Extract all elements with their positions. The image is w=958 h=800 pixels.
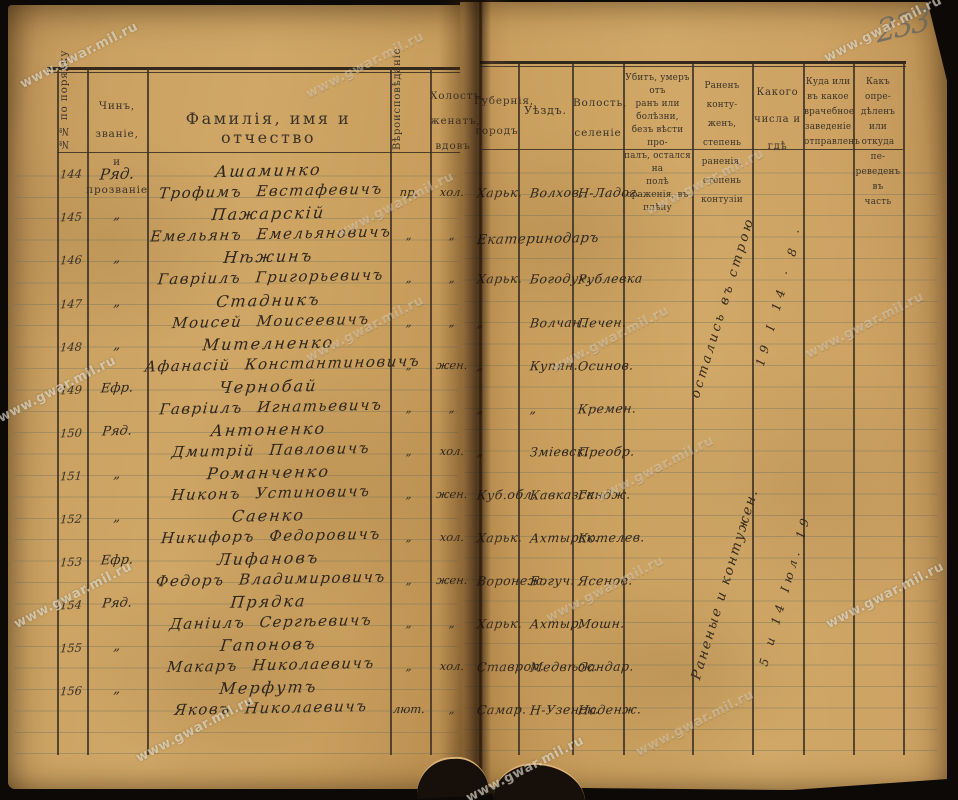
volost-entry: Гандж. bbox=[577, 487, 632, 503]
rank-entry: „ bbox=[89, 681, 145, 698]
volost-entry: Ясенов. bbox=[577, 573, 634, 589]
row-number: 146 bbox=[55, 252, 86, 267]
gubernia-entry: Харьк. bbox=[476, 271, 523, 287]
marital-entry: жен. bbox=[429, 358, 474, 372]
table-vline bbox=[752, 63, 754, 755]
volost-entry: Кремен. bbox=[577, 400, 637, 416]
row-number: 155 bbox=[55, 640, 86, 655]
volost-entry: Рублевка bbox=[577, 270, 644, 286]
religion-entry: лют. bbox=[390, 702, 427, 716]
gubernia-entry: Самар. bbox=[476, 702, 527, 718]
religion-entry: „ bbox=[390, 315, 427, 329]
rank-entry: „ bbox=[89, 638, 145, 655]
rank-entry: Ряд. bbox=[89, 595, 145, 612]
row-number: 147 bbox=[55, 296, 86, 311]
rank-entry: Ефр. bbox=[89, 380, 145, 397]
row-number: 150 bbox=[55, 425, 86, 440]
column-header-date: Какого числа и гдѣ bbox=[753, 79, 802, 160]
marital-entry: хол. bbox=[429, 185, 474, 199]
column-header-number: №№ по порядку bbox=[58, 72, 86, 150]
marital-entry: жен. bbox=[429, 573, 474, 587]
scanned-register-spread: { "meta": { "description": "Scanned spre… bbox=[0, 0, 958, 800]
marital-entry: хол. bbox=[429, 659, 474, 673]
volost-entry: Котелев. bbox=[577, 529, 646, 545]
row-number: 151 bbox=[55, 468, 86, 483]
religion-entry: „ bbox=[390, 401, 427, 415]
column-header-assigned: Какъ опре- дѣленъ или откуда пе- реведен… bbox=[854, 75, 902, 210]
rank-entry: „ bbox=[89, 294, 145, 311]
uezd-entry: Богуч. bbox=[529, 573, 576, 589]
volost-entry: Наденж. bbox=[577, 701, 642, 717]
gubernia-entry: Харьк. bbox=[476, 616, 523, 632]
uezd-entry: Ахтыр. bbox=[529, 616, 584, 632]
column-header-name: Фамилія, имя и отчество bbox=[147, 109, 390, 147]
rank-entry: Ефр. bbox=[89, 552, 145, 569]
row-number: 153 bbox=[55, 554, 86, 569]
marital-entry: хол. bbox=[429, 444, 474, 458]
row-number: 149 bbox=[55, 382, 86, 397]
column-header-rank: Чинъ, званіе, и прозваніе bbox=[86, 92, 148, 204]
rank-entry: „ bbox=[89, 509, 145, 526]
rank-entry: Ряд. bbox=[89, 423, 145, 440]
table-vline bbox=[803, 63, 805, 755]
marital-entry: „ bbox=[429, 315, 474, 329]
gubernia-entry: Харьк. bbox=[476, 530, 523, 546]
religion-entry: „ bbox=[390, 573, 427, 587]
column-header-volost: Волость, селеніе bbox=[573, 88, 623, 148]
religion-entry: „ bbox=[390, 530, 427, 544]
row-number: 144 bbox=[55, 166, 86, 181]
table-vline bbox=[572, 63, 574, 755]
row-number: 152 bbox=[55, 511, 86, 526]
marital-entry: „ bbox=[429, 616, 474, 630]
column-header-marital: Холостъ, женатъ, вдовъ bbox=[430, 84, 476, 159]
marital-entry: „ bbox=[429, 401, 474, 415]
table-vline bbox=[903, 63, 905, 755]
gubernia-entry: Куб.обл. bbox=[476, 486, 537, 502]
rank-entry: „ bbox=[89, 207, 145, 224]
gubernia-entry: Екатеринодаръ bbox=[476, 230, 600, 248]
volost-entry: Сандар. bbox=[577, 659, 635, 675]
uezd-entry: Купян. bbox=[529, 358, 579, 374]
marital-entry: „ bbox=[429, 702, 474, 716]
religion-entry: „ bbox=[390, 271, 427, 285]
volost-entry: Осинов. bbox=[577, 358, 635, 374]
column-header-religion: Вѣроисповѣданіе bbox=[392, 72, 428, 150]
volost-entry: Н-Ладог. bbox=[577, 184, 641, 200]
gubernia-entry: Харьк. bbox=[476, 185, 523, 201]
row-number: 145 bbox=[55, 209, 86, 224]
marital-entry: „ bbox=[429, 271, 474, 285]
volost-entry: Мошн. bbox=[577, 616, 626, 632]
column-header-wounded: Раненъ конту- женъ, степень раненія, сте… bbox=[693, 77, 751, 210]
rank-entry: „ bbox=[89, 250, 145, 267]
marital-entry: жен. bbox=[429, 487, 474, 501]
religion-entry: „ bbox=[390, 616, 427, 630]
row-number: 156 bbox=[55, 683, 86, 698]
rank-entry: „ bbox=[89, 337, 145, 354]
religion-entry: пр. bbox=[390, 185, 427, 199]
table-vline bbox=[518, 63, 520, 755]
row-number: 148 bbox=[55, 339, 86, 354]
marital-entry: хол. bbox=[429, 530, 474, 544]
column-header-sent: Куда или въ какое врачебное заведеніе от… bbox=[804, 75, 852, 150]
religion-entry: „ bbox=[390, 228, 427, 242]
religion-entry: „ bbox=[390, 659, 427, 673]
religion-entry: „ bbox=[390, 487, 427, 501]
religion-entry: „ bbox=[390, 444, 427, 458]
rank-entry: „ bbox=[89, 466, 145, 483]
binding-fold-line bbox=[479, 0, 482, 794]
religion-entry: „ bbox=[390, 358, 427, 372]
rank-entry: Ряд. bbox=[89, 164, 145, 184]
volost-entry: Преобр. bbox=[577, 444, 636, 460]
column-header-uezd: Уѣздъ. bbox=[519, 104, 572, 117]
volost-entry: Печен. bbox=[577, 315, 627, 331]
marital-entry: „ bbox=[429, 228, 474, 242]
row-number: 154 bbox=[55, 597, 86, 612]
